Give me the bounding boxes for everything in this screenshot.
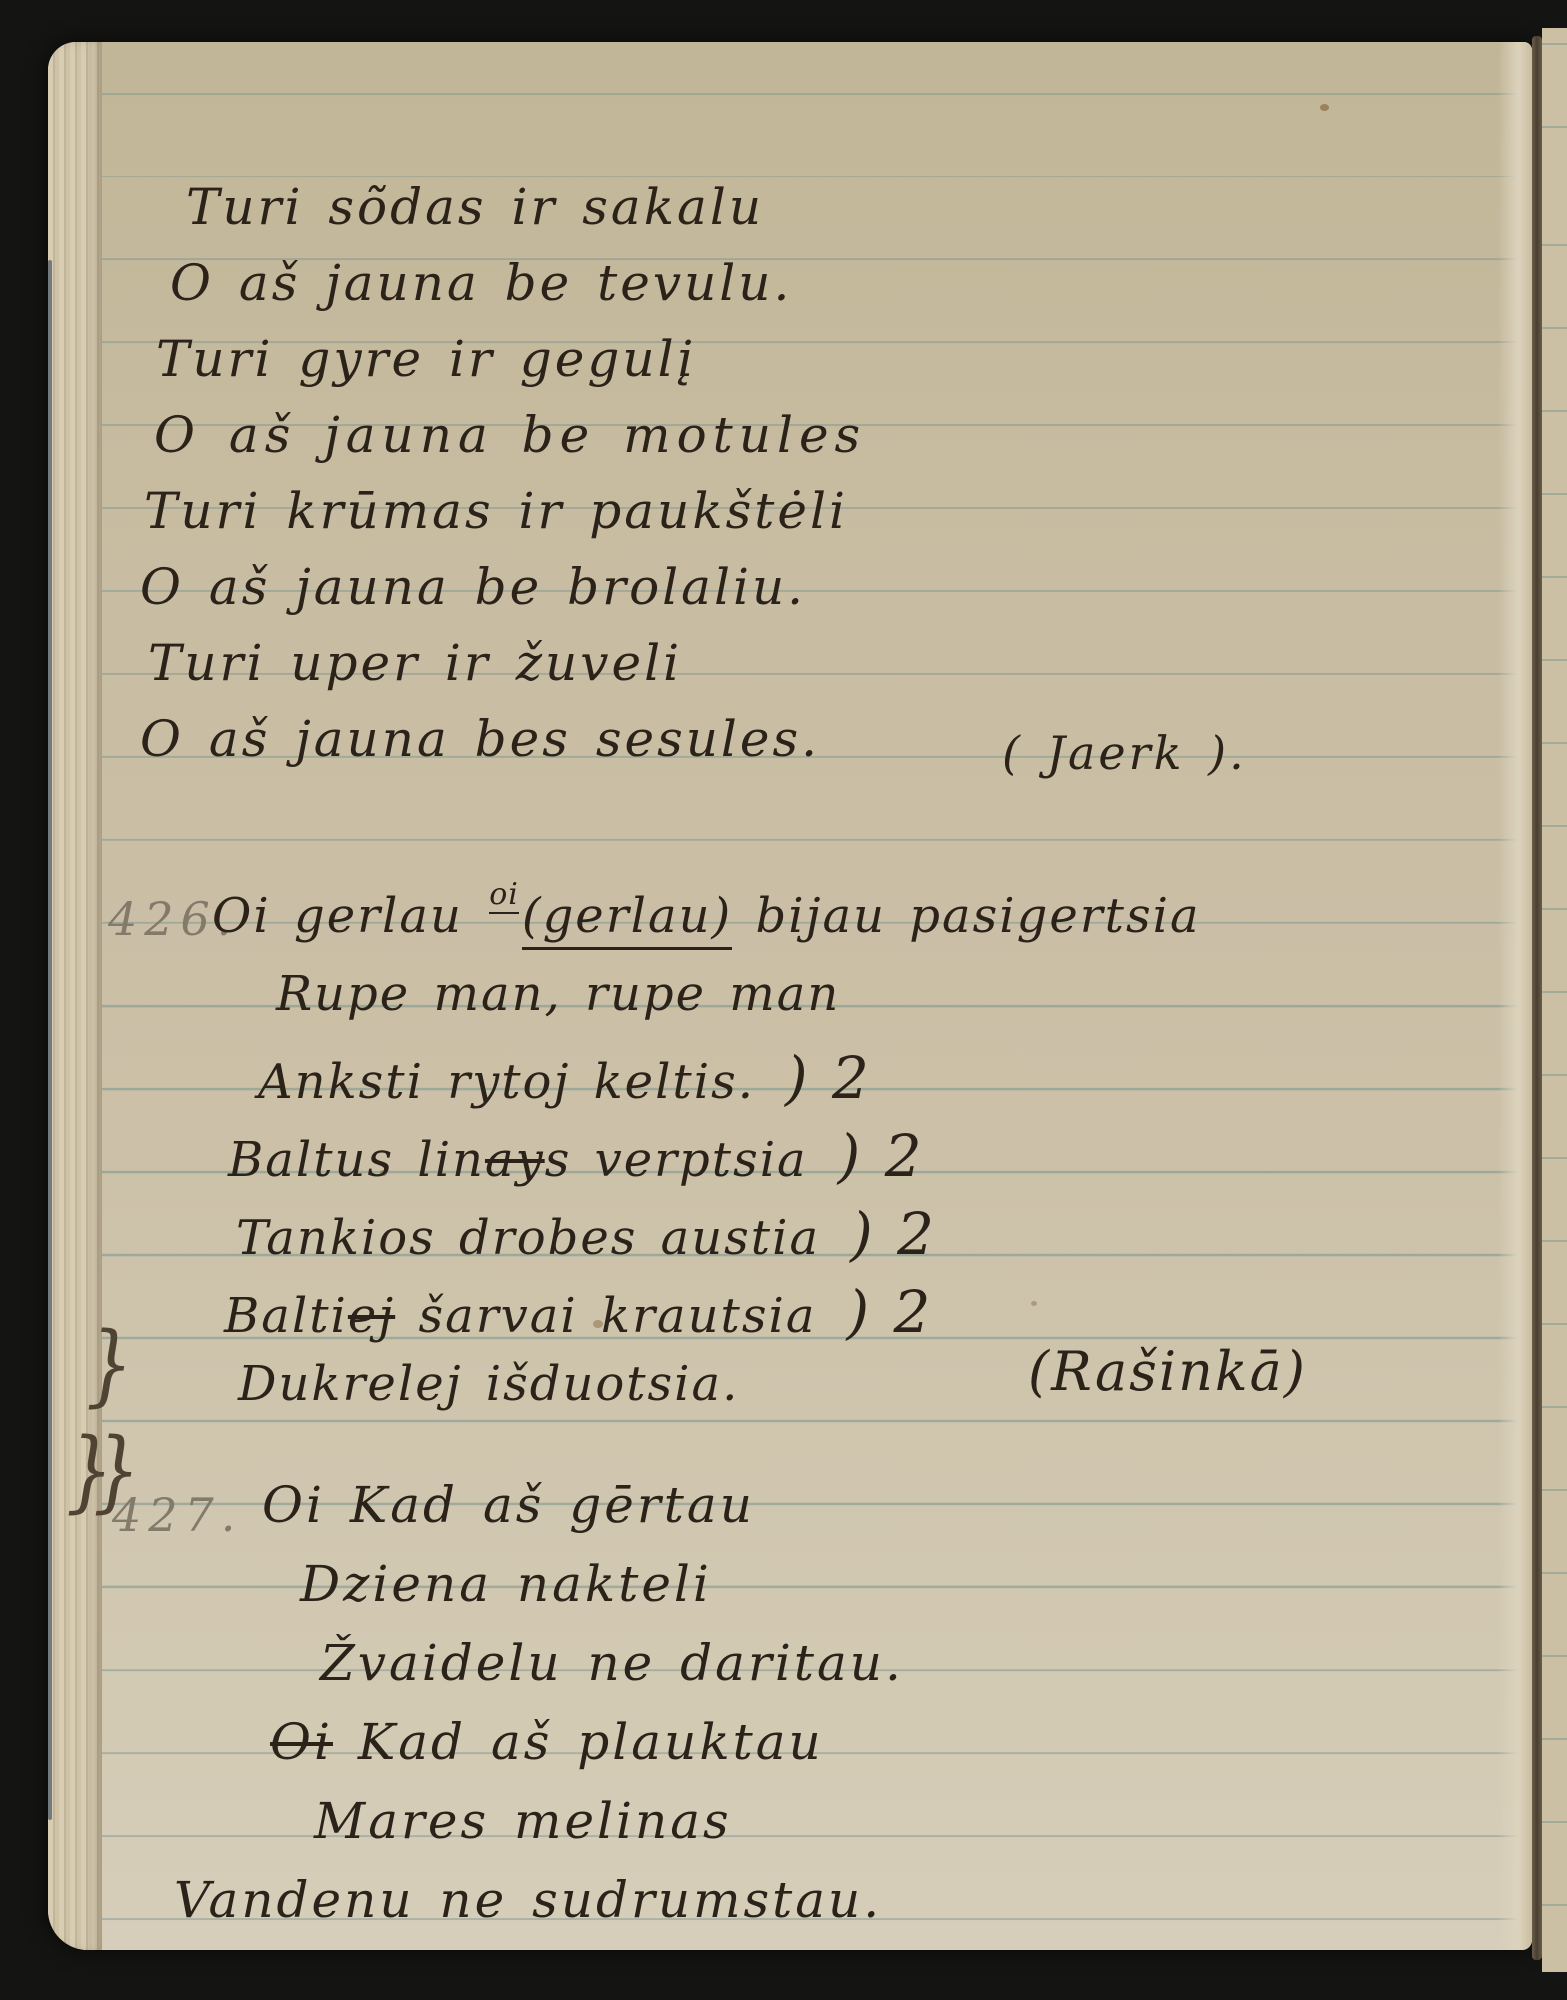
line-text: Oi gerlau [212,888,486,944]
line-text: bijau pasigertsia [732,888,1200,944]
page-fold-highlight [1498,42,1532,1950]
handwritten-line: Rupe man, rupe man [276,966,840,1022]
line-text: Dukrelej išduotsia. [238,1356,739,1412]
struck-text: ay [485,1132,545,1188]
handwritten-line: Anksti rytoj keltis.) 2 [258,1044,869,1112]
handwritten-line: Baltus linays verptsia) 2 [228,1122,922,1190]
struck-text: Oi [270,1713,333,1771]
repeat-mark: ) 2 [850,1200,934,1268]
handwritten-line: Oi Kad aš plauktau [270,1713,824,1771]
scan-background: { "document": { "kind": "handwritten not… [0,0,1567,2000]
handwritten-line: Tankios drobes austia) 2 [236,1200,934,1268]
handwritten-line: Turi krūmas ir paukštėli [144,482,848,540]
line-text: s verptsia [545,1132,808,1188]
handwritten-line: Oi gerlau oi(gerlau) bijau pasigertsia [212,888,1201,944]
line-text: Anksti rytoj keltis. [258,1054,755,1110]
handwritten-line: Žvaidelu ne daritau. [320,1634,904,1692]
source-annotation: ( Jaerk ). [1002,726,1247,780]
handwritten-line: O aš jauna be brolaliu. [140,558,806,616]
paper-speck [1320,104,1329,111]
repeat-mark: ) 2 [785,1044,869,1112]
line-text: šarvai krautsia [395,1288,816,1344]
struck-text: ej [348,1288,395,1344]
handwritten-line: Turi uper ir žuveli [148,634,682,692]
song-number: 427. [112,1488,242,1542]
handwritten-line: Turi sõdas ir sakalu [186,178,764,236]
inserted-word: oi [489,877,519,914]
margin-brace: } [86,1313,133,1416]
cover-edge [48,260,52,1820]
handwritten-line: O aš jauna bes sesules. [140,710,820,768]
handwritten-line: O aš jauna be tevulu. [170,254,792,312]
handwritten-line: Dukrelej išduotsia. [238,1356,739,1412]
binding-edge [48,42,102,1950]
handwritten-line: O aš jauna be motules [154,406,866,464]
source-annotation: (Rašinkā) [1028,1340,1307,1403]
repeat-mark: ) 2 [846,1278,930,1346]
handwritten-line: Baltiej šarvai krautsia) 2 [224,1278,930,1346]
handwritten-line: Mares melinas [314,1792,732,1850]
handwritten-line: Oi Kad aš gērtau [262,1476,755,1534]
line-text: Baltus lin [228,1132,485,1188]
page-seam-shadow [1532,36,1542,1960]
handwritten-line: Turi gyre ir gegulį [156,330,696,388]
paper-speck [1031,1301,1037,1306]
underlined-word: (gerlau) [522,888,732,950]
handwritten-line: Dziena nakteli [300,1555,712,1613]
repeat-mark: ) 2 [838,1122,922,1190]
line-text: Kad aš plauktau [333,1713,824,1771]
line-text: Balti [224,1288,348,1344]
line-text: Tankios drobes austia [236,1210,820,1266]
handwritten-line: Vandenu ne sudrumstau. [174,1871,882,1929]
underlying-pages-edge [1542,28,1567,1972]
